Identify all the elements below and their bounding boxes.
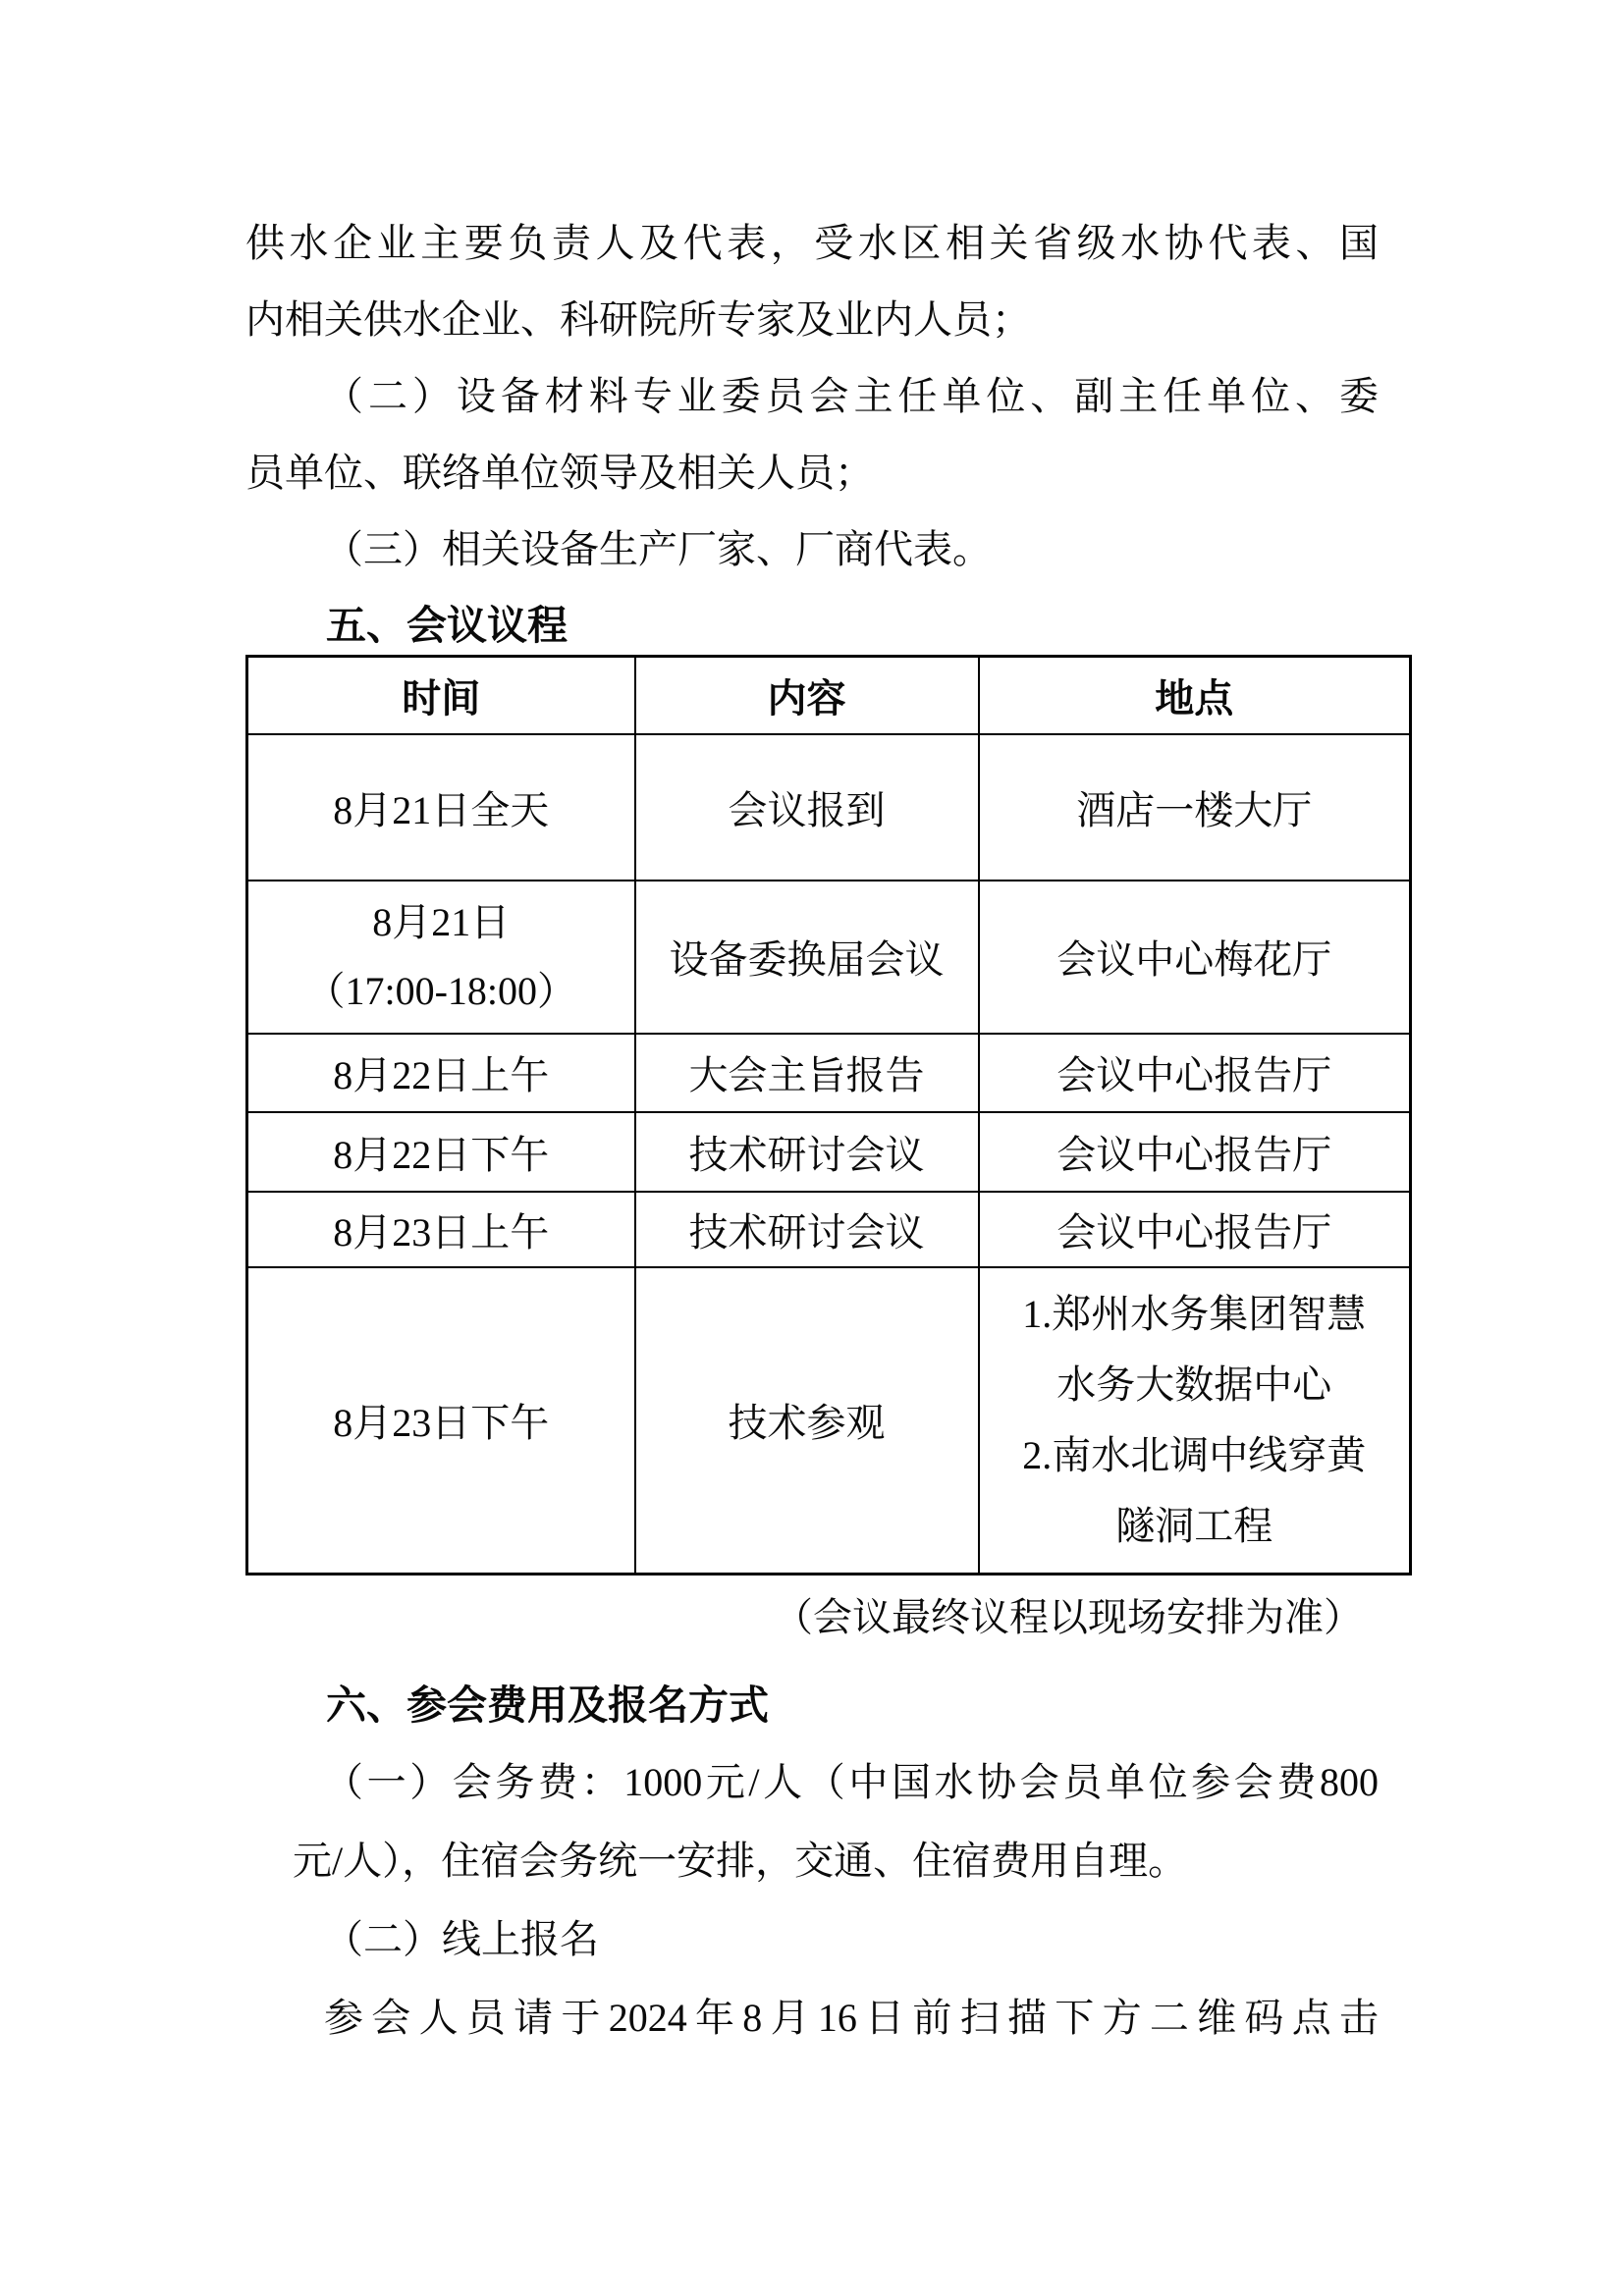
agenda-header-row: 时间 内容 地点 (247, 657, 1411, 734)
section6-heading: 六、参会费用及报名方式 (245, 1667, 1379, 1743)
agenda-content-cell: 技术研讨会议 (635, 1112, 979, 1192)
fee-section: （一）会务费：1000元/人（中国水协会员单位参会费800 元/人），住宿会务统… (245, 1743, 1379, 2057)
agenda-time-cell: 8月21日 （17:00-18:00） (247, 881, 635, 1034)
agenda-content-cell: 技术研讨会议 (635, 1192, 979, 1267)
agenda-row: 8月22日上午 大会主旨报告 会议中心报告厅 (247, 1034, 1411, 1112)
agenda-header-time: 时间 (247, 657, 635, 734)
fee-line-2: 元/人），住宿会务统一安排，交通、住宿费用自理。 (245, 1822, 1379, 1900)
agenda-time-cell: 8月22日上午 (247, 1034, 635, 1112)
intro-line-2: 内相关供水企业、科研院所专家及业内人员； (245, 282, 1379, 358)
agenda-row: 8月21日全天 会议报到 酒店一楼大厅 (247, 734, 1411, 881)
agenda-location-cell: 酒店一楼大厅 (979, 734, 1411, 881)
agenda-content-cell: 设备委换届会议 (635, 881, 979, 1034)
fee-line-1: （一）会务费：1000元/人（中国水协会员单位参会费800 (245, 1743, 1379, 1822)
intro-line-5: （三）相关设备生产厂家、厂商代表。 (245, 511, 1379, 588)
agenda-location-line: 隧洞工程 (980, 1491, 1410, 1562)
agenda-location-line: 1.郑州水务集团智慧 (980, 1279, 1410, 1350)
agenda-note: （会议最终议程以现场安排为准） (245, 1579, 1379, 1656)
agenda-location-cell: 会议中心报告厅 (979, 1192, 1411, 1267)
agenda-location-cell: 1.郑州水务集团智慧 水务大数据中心 2.南水北调中线穿黄 隧洞工程 (979, 1267, 1411, 1575)
intro-line-4: 员单位、联络单位领导及相关人员； (245, 435, 1379, 511)
agenda-content-cell: 技术参观 (635, 1267, 979, 1575)
agenda-location-cell: 会议中心报告厅 (979, 1112, 1411, 1192)
document-page: 供水企业主要负责人及代表，受水区相关省级水协代表、国 内相关供水企业、科研院所专… (0, 0, 1624, 2296)
agenda-location-line: 2.南水北调中线穿黄 (980, 1420, 1410, 1491)
section5-heading: 五、会议议程 (245, 587, 1379, 664)
intro-paragraphs: 供水企业主要负责人及代表，受水区相关省级水协代表、国 内相关供水企业、科研院所专… (245, 205, 1379, 588)
agenda-header-location: 地点 (979, 657, 1411, 734)
agenda-time-cell: 8月22日下午 (247, 1112, 635, 1192)
agenda-row: 8月23日上午 技术研讨会议 会议中心报告厅 (247, 1192, 1411, 1267)
fee-line-3: （二）线上报名 (245, 1900, 1379, 1979)
agenda-row: 8月21日 （17:00-18:00） 设备委换届会议 会议中心梅花厅 (247, 881, 1411, 1034)
agenda-row: 8月22日下午 技术研讨会议 会议中心报告厅 (247, 1112, 1411, 1192)
agenda-location-line: 水务大数据中心 (980, 1350, 1410, 1420)
agenda-content-cell: 大会主旨报告 (635, 1034, 979, 1112)
agenda-header-content: 内容 (635, 657, 979, 734)
agenda-table: 时间 内容 地点 8月21日全天 会议报到 酒店一楼大厅 8月21日 （17:0… (245, 655, 1412, 1575)
agenda-time-line: 8月21日 (248, 888, 634, 957)
agenda-content-cell: 会议报到 (635, 734, 979, 881)
intro-line-1: 供水企业主要负责人及代表，受水区相关省级水协代表、国 (245, 205, 1379, 282)
agenda-time-cell: 8月23日上午 (247, 1192, 635, 1267)
fee-line-4: 参会人员请于2024年8月16日前扫描下方二维码点击 (245, 1979, 1379, 2057)
intro-line-3: （二）设备材料专业委员会主任单位、副主任单位、委 (245, 358, 1379, 435)
agenda-location-cell: 会议中心报告厅 (979, 1034, 1411, 1112)
agenda-time-cell: 8月21日全天 (247, 734, 635, 881)
agenda-time-cell: 8月23日下午 (247, 1267, 635, 1575)
agenda-row: 8月23日下午 技术参观 1.郑州水务集团智慧 水务大数据中心 2.南水北调中线… (247, 1267, 1411, 1575)
agenda-location-cell: 会议中心梅花厅 (979, 881, 1411, 1034)
agenda-time-line: （17:00-18:00） (248, 957, 634, 1026)
